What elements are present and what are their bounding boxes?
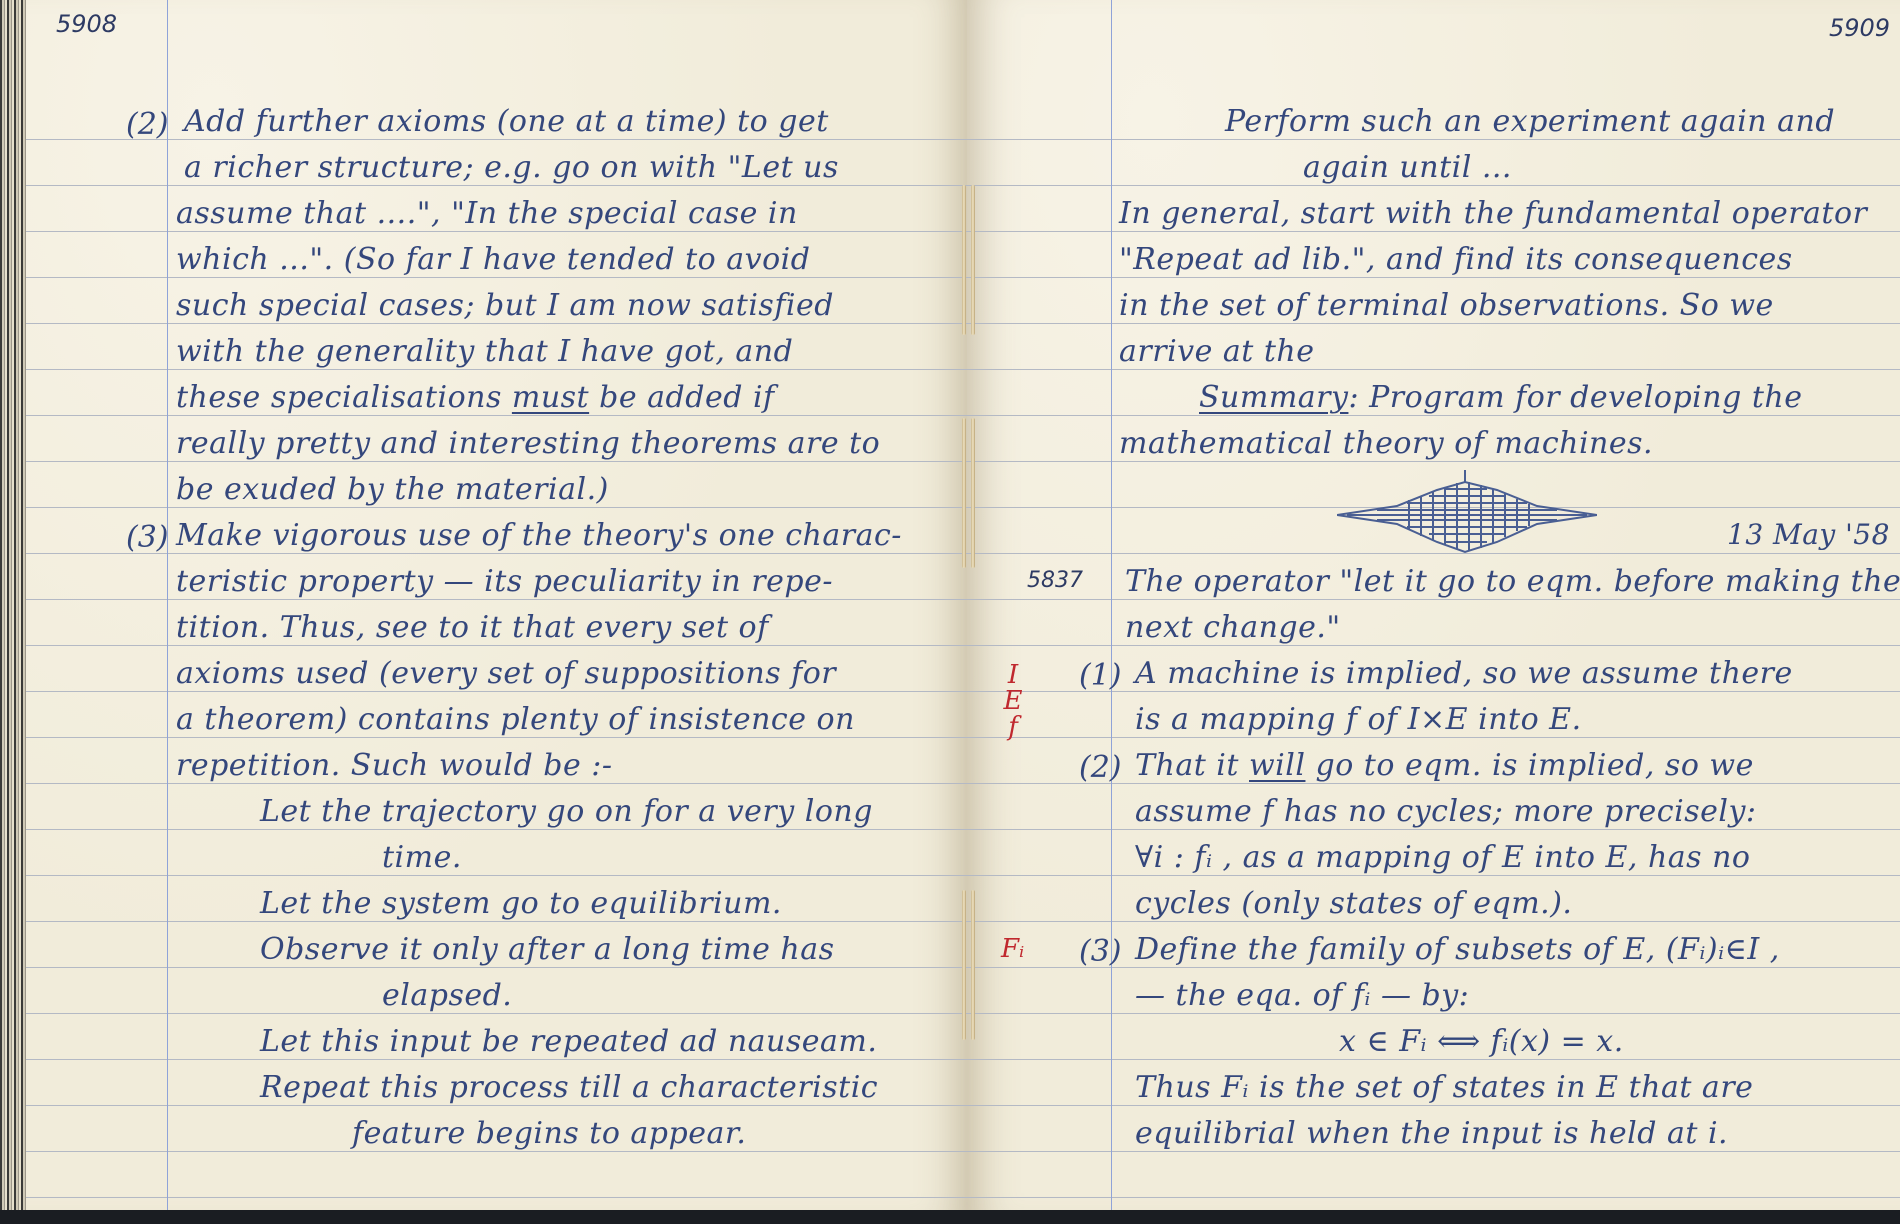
text-line: which ...". (So far I have tended to avo… [176, 242, 810, 277]
ruled-line [967, 231, 1900, 232]
ruled-line [967, 829, 1900, 830]
page-number: 5908 [56, 10, 117, 38]
margin-line [167, 0, 168, 1210]
margin-line [1111, 0, 1112, 1210]
underlined-word: must [512, 380, 589, 415]
text-line: assume that ....", "In the special case … [176, 196, 798, 231]
text-line: with the generality that I have got, and [176, 334, 793, 369]
text-line: next change." [1125, 610, 1341, 645]
item-marker: (2) [1079, 750, 1122, 785]
ruled-line [967, 369, 1900, 370]
binding-stitch [962, 418, 966, 568]
text-line-with-underline: That it will go to eqm. is implied, so w… [1135, 748, 1754, 783]
left-page: 5908 (2) Add further axioms (one at a ti… [26, 0, 967, 1210]
text-line: — the eqa. of fᵢ — by: [1135, 978, 1469, 1013]
binding-stitch [971, 418, 975, 568]
ruled-line [967, 645, 1900, 646]
text-line: Make vigorous use of the theory's one ch… [176, 518, 902, 553]
text-line: Define the family of subsets of E, (Fᵢ)ᵢ… [1135, 932, 1780, 967]
ruled-line [967, 139, 1900, 140]
spindle-sketch-icon [1337, 470, 1597, 560]
text-line: In general, start with the fundamental o… [1119, 196, 1867, 231]
text-line: is a mapping f of I×E into E. [1135, 702, 1582, 737]
item-marker: (2) [126, 107, 169, 142]
item-marker: (1) [1079, 658, 1122, 693]
binding-stitch [971, 185, 975, 335]
red-margin-note-fi: Fᵢ [1001, 936, 1024, 962]
text-line: Add further axioms (one at a time) to ge… [184, 104, 829, 139]
text-line: really pretty and interesting theorems a… [176, 426, 880, 461]
ruled-line [967, 921, 1900, 922]
text-line: The operator "let it go to eqm. before m… [1125, 564, 1900, 599]
ruled-line [967, 461, 1900, 462]
binding-stitch [971, 890, 975, 1040]
text-line: ∀i : fᵢ , as a mapping of E into E, has … [1135, 840, 1750, 875]
example-line: elapsed. [382, 978, 512, 1013]
ruled-line [967, 875, 1900, 876]
red-margin-note-ief: I E f [1003, 662, 1023, 740]
text-segment: these specialisations [176, 380, 512, 415]
notebook-spread: 5908 (2) Add further axioms (one at a ti… [0, 0, 1900, 1210]
text-segment: go to eqm. is implied, so we [1305, 748, 1753, 783]
summary-continuation: mathematical theory of machines. [1119, 426, 1653, 461]
ruled-line [967, 599, 1900, 600]
text-line: A machine is implied, so we assume there [1135, 656, 1793, 691]
example-line: Let the trajectory go on for a very long [260, 794, 873, 829]
binding-stitch [962, 890, 966, 1040]
text-line-with-underline: these specialisations must be added if [176, 380, 775, 415]
summary-label: Summary [1199, 380, 1348, 415]
text-line: tition. Thus, see to it that every set o… [176, 610, 769, 645]
summary-text: : Program for developing the [1348, 380, 1802, 415]
text-line: axioms used (every set of suppositions f… [176, 656, 836, 691]
ruled-line [967, 415, 1900, 416]
text-line: repetition. Such would be :- [176, 748, 612, 783]
text-line: a theorem) contains plenty of insistence… [176, 702, 855, 737]
ruled-line [967, 185, 1900, 186]
example-line: Repeat this process till a characteristi… [260, 1070, 878, 1105]
page-number: 5909 [1829, 14, 1890, 42]
example-line: time. [382, 840, 462, 875]
page-edges [0, 0, 26, 1210]
ruled-line [967, 1105, 1900, 1106]
ruled-line [967, 737, 1900, 738]
text-line: "Repeat ad lib.", and find its consequen… [1119, 242, 1793, 277]
text-line: assume f has no cycles; more precisely: [1135, 794, 1757, 829]
text-line: again until ... [1303, 150, 1512, 185]
ruled-line [967, 1151, 1900, 1152]
binding-stitch [962, 185, 966, 335]
text-line: a richer structure; e.g. go on with "Let… [184, 150, 839, 185]
text-line: cycles (only states of eqm.). [1135, 886, 1572, 921]
ruled-line [967, 277, 1900, 278]
text-line: be exuded by the material.) [176, 472, 609, 507]
example-line: Let this input be repeated ad nauseam. [260, 1024, 877, 1059]
entry-date: 13 May '58 [1727, 518, 1890, 551]
cross-reference-number: 5837 [1027, 568, 1083, 593]
ruled-line [967, 1059, 1900, 1060]
ruled-line [967, 323, 1900, 324]
red-note-letter: E [1003, 688, 1023, 714]
ruled-line [967, 1197, 1900, 1198]
red-note-letter: f [1003, 714, 1023, 740]
text-line: arrive at the [1119, 334, 1315, 369]
example-line: Let the system go to equilibrium. [260, 886, 782, 921]
text-line: teristic property — its peculiarity in r… [176, 564, 833, 599]
item-marker: (3) [126, 520, 169, 555]
text-line: such special cases; but I am now satisfi… [176, 288, 834, 323]
underlined-word: will [1249, 748, 1305, 783]
formula-line: x ∈ Fᵢ ⟺ fᵢ(x) = x. [1339, 1024, 1624, 1059]
text-line: Perform such an experiment again and [1225, 104, 1835, 139]
example-line: feature begins to appear. [352, 1116, 746, 1151]
text-segment: That it [1135, 748, 1249, 783]
summary-line: Summary: Program for developing the [1199, 380, 1802, 415]
text-segment: be added if [589, 380, 775, 415]
ruled-line [967, 1013, 1900, 1014]
text-line: equilibrial when the input is held at i. [1135, 1116, 1728, 1151]
text-line: Thus Fᵢ is the set of states in E that a… [1135, 1070, 1753, 1105]
example-line: Observe it only after a long time has [260, 932, 834, 967]
item-marker: (3) [1079, 934, 1122, 969]
text-line: in the set of terminal observations. So … [1119, 288, 1774, 323]
red-note-letter: I [1003, 662, 1023, 688]
right-page: 5909 Perform such an experiment again an… [967, 0, 1900, 1210]
